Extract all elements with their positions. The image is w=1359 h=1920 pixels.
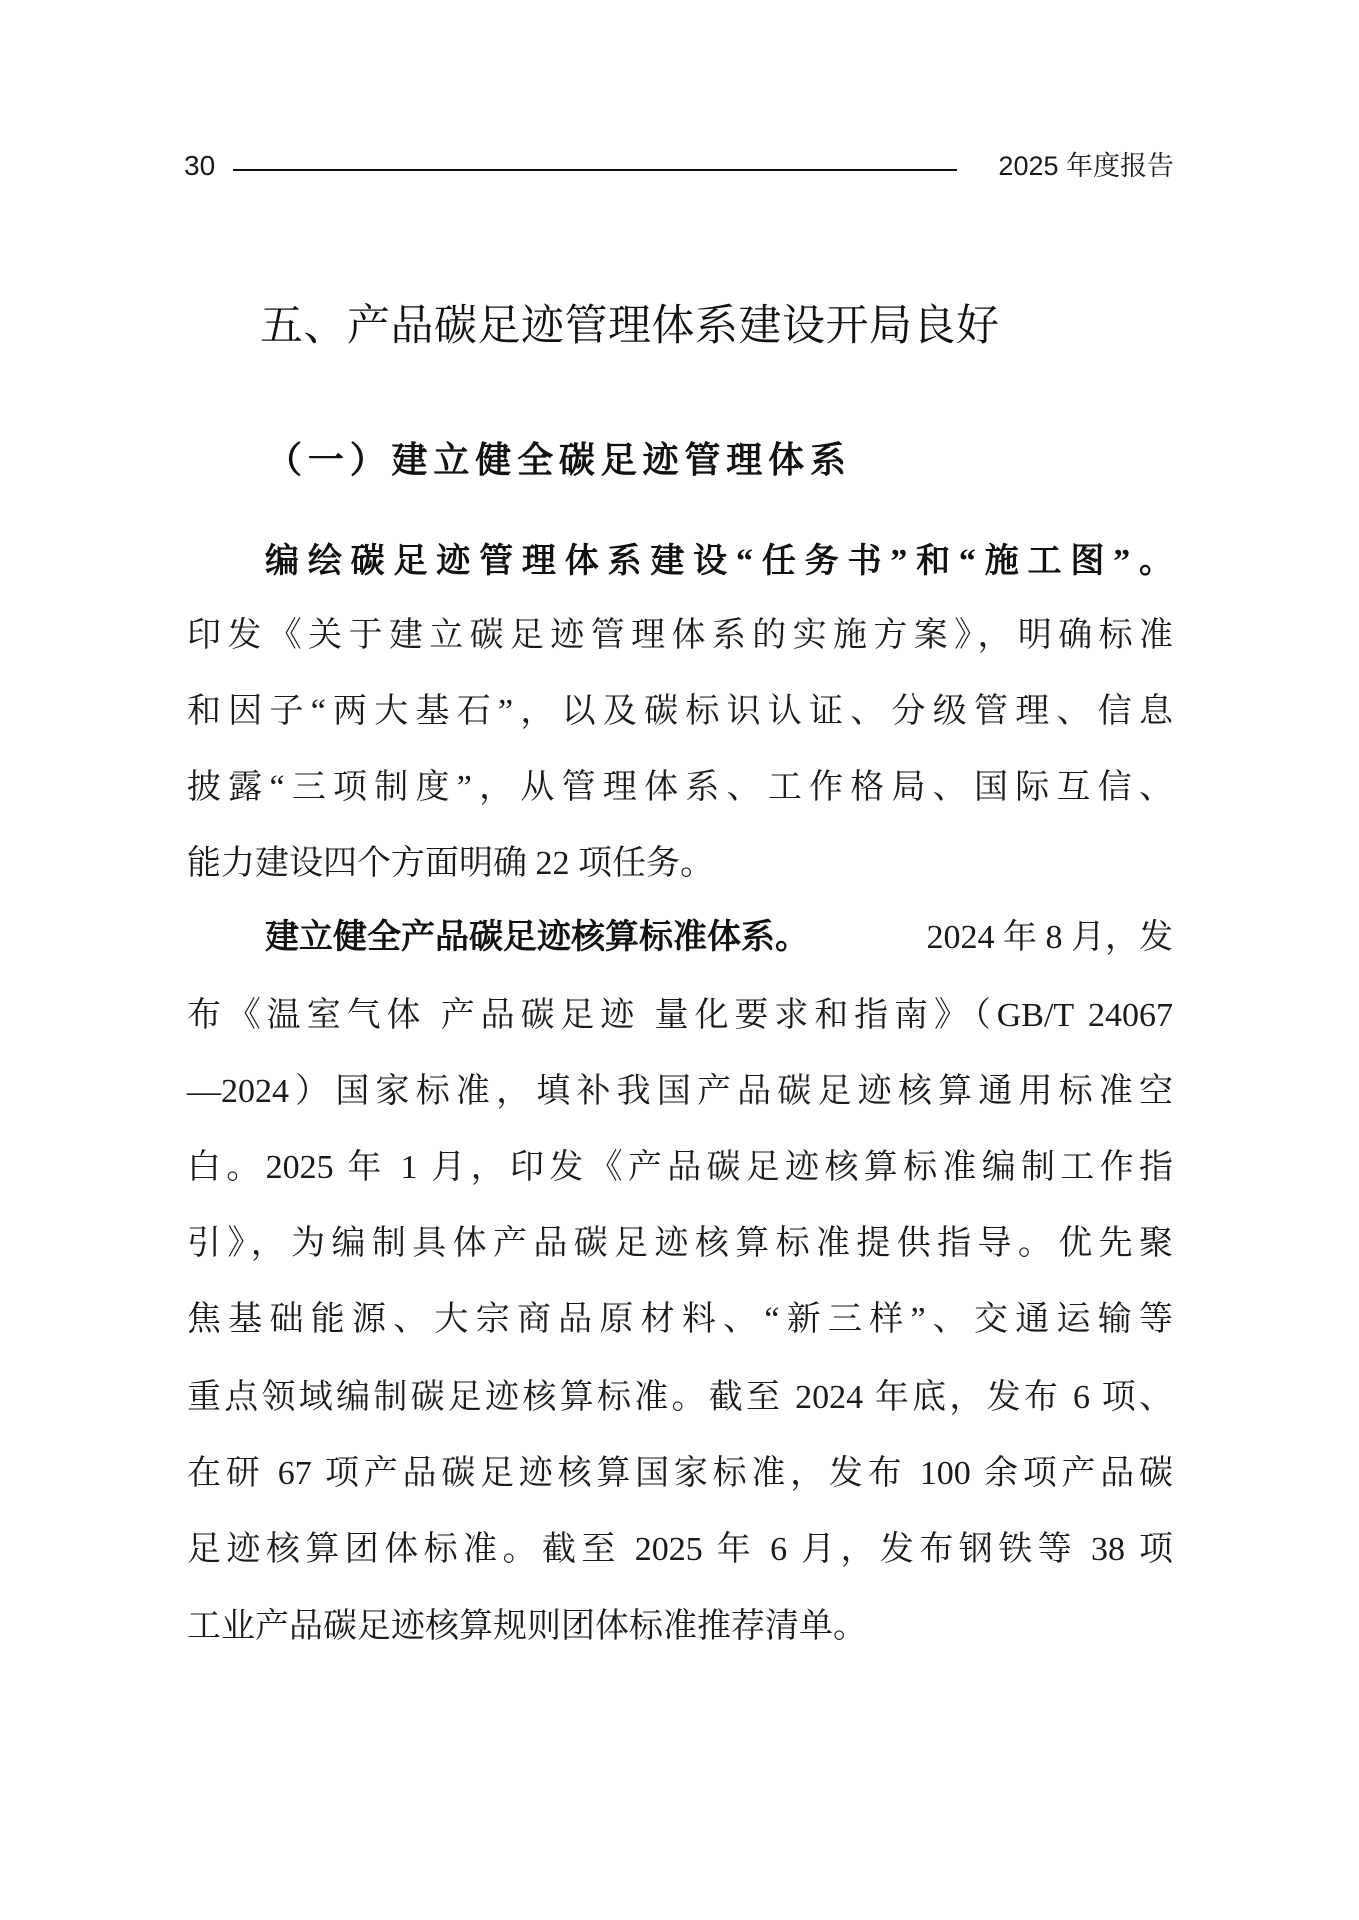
paragraph-2-line-1-rest: 2024 年 8 月，发 xyxy=(927,916,1174,960)
section-title: 五、产品碳足迹管理体系建设开局良好 xyxy=(260,300,1060,352)
document-page: 30 2025 年度报告 五、产品碳足迹管理体系建设开局良好 （一）建立健全碳足… xyxy=(0,0,1359,1920)
paragraph-1-line-4: 披露“三项制度”，从管理体系、工作格局、国际互信、 xyxy=(187,766,1173,810)
paragraph-2-line-6: 焦基础能源、大宗商品原材料、“新三样”、交通运输等 xyxy=(187,1298,1173,1342)
paragraph-1-line-3: 和因子“两大基石”，以及碳标识认证、分级管理、信息 xyxy=(187,690,1173,734)
paragraph-1-line-5: 能力建设四个方面明确 22 项任务。 xyxy=(187,842,1173,886)
header-rule xyxy=(233,169,957,171)
paragraph-2-line-5: 引》，为编制具体产品碳足迹核算标准提供指导。优先聚 xyxy=(187,1222,1173,1266)
paragraph-2-line-7: 重点领域编制碳足迹核算标准。截至 2024 年底，发布 6 项、 xyxy=(187,1376,1173,1420)
paragraph-1-line-2: 印发《关于建立碳足迹管理体系的实施方案》，明确标准 xyxy=(187,614,1173,658)
paragraph-2-line-3: —2024）国家标准，填补我国产品碳足迹核算通用标准空 xyxy=(187,1070,1173,1114)
subsection-title: （一）建立健全碳足迹管理体系 xyxy=(266,436,846,484)
page-number: 30 xyxy=(184,150,215,182)
running-header-title: 2025 年度报告 xyxy=(994,150,1174,182)
paragraph-2-line-1: 建立健全产品碳足迹核算标准体系。 2024 年 8 月，发 xyxy=(265,916,1173,960)
paragraph-1-lead: 编绘碳足迹管理体系建设“任务书”和“施工图”。 xyxy=(265,543,1173,580)
paragraph-2-line-4: 白。2025 年 1 月，印发《产品碳足迹核算标准编制工作指 xyxy=(187,1146,1173,1190)
paragraph-2-lead: 建立健全产品碳足迹核算标准体系。 xyxy=(265,916,809,960)
paragraph-2-line-8: 在研 67 项产品碳足迹核算国家标准，发布 100 余项产品碳 xyxy=(187,1452,1173,1496)
paragraph-2-line-10: 工业产品碳足迹核算规则团体标准推荐清单。 xyxy=(187,1605,1173,1649)
paragraph-2-line-2: 布《温室气体 产品碳足迹 量化要求和指南》（GB/T 24067 xyxy=(187,994,1173,1038)
paragraph-1-line-1: 编绘碳足迹管理体系建设“任务书”和“施工图”。 xyxy=(265,540,1173,584)
paragraph-2-line-9: 足迹核算团体标准。截至 2025 年 6 月，发布钢铁等 38 项 xyxy=(187,1528,1173,1572)
